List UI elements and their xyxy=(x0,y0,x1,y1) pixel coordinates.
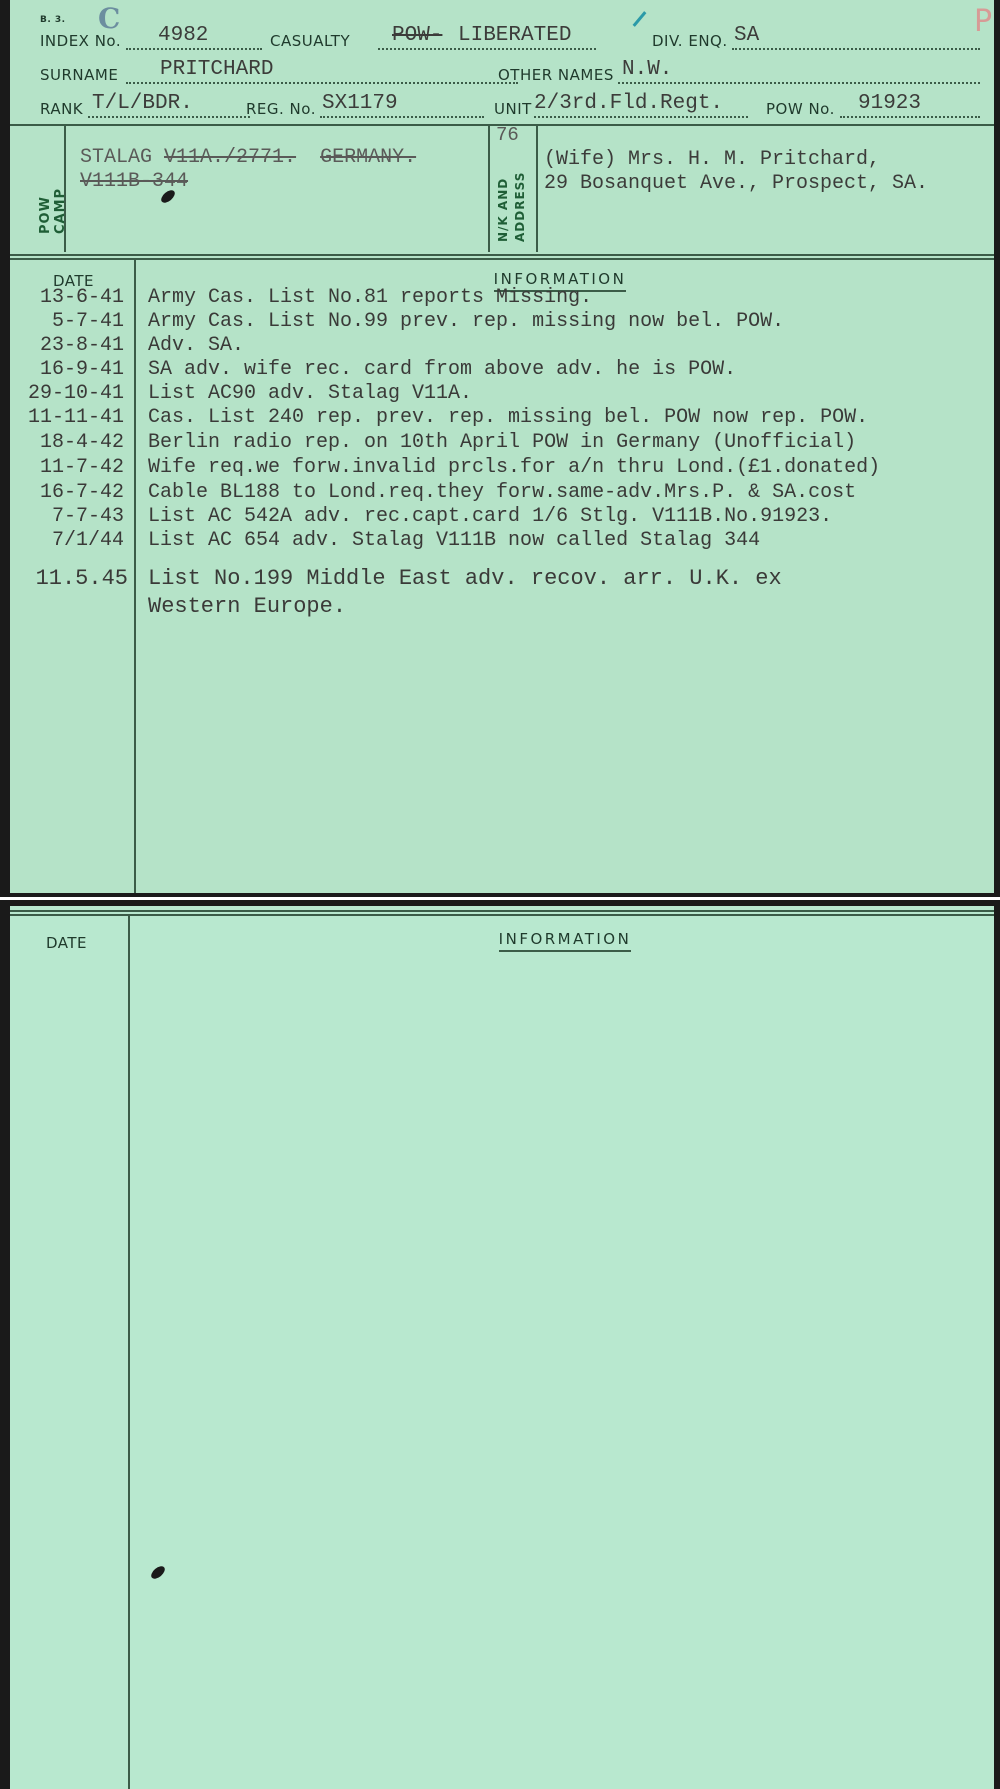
unit-label: UNIT xyxy=(494,100,532,118)
row-date: 16-7-42 xyxy=(10,481,124,504)
unit-value: 2/3rd.Fld.Regt. xyxy=(534,92,723,115)
surname-label: SURNAME xyxy=(40,66,118,84)
casualty-struck-value: POW- xyxy=(392,24,442,47)
index-no-label: INDEX No. xyxy=(40,32,121,50)
reg-no-value: SX1179 xyxy=(322,92,398,115)
kin-address-line-1: (Wife) Mrs. H. M. Pritchard, xyxy=(544,148,880,171)
camp-kin-divider xyxy=(488,126,490,252)
casualty-label: CASUALTY xyxy=(270,32,350,50)
kin-address-line-2: 29 Bosanquet Ave., Prospect, SA. xyxy=(544,172,928,195)
header-row-2: SURNAME PRITCHARD OTHER NAMES N.W. xyxy=(40,58,990,86)
header-row-3: RANK T/L/BDR. REG. No. SX1179 UNIT 2/3rd… xyxy=(40,92,990,120)
row-information: SA adv. wife rec. card from above adv. h… xyxy=(148,358,736,381)
pow-camp-line-1: STALAG V11A./2771. GERMANY. xyxy=(80,146,416,169)
div-enq-dots xyxy=(732,48,980,50)
divider-mid-1 xyxy=(10,254,994,256)
row-information-continued: Western Europe. xyxy=(148,594,346,619)
casualty-dots xyxy=(378,48,596,50)
row-information: Cable BL188 to Lond.req.they forw.same-a… xyxy=(148,481,856,504)
information-table: DATE INFORMATION 13-6-41Army Cas. List N… xyxy=(10,260,1000,897)
row-information: Army Cas. List No.99 prev. rep. missing … xyxy=(148,310,784,333)
kin-label-line-1: N/K AND xyxy=(496,154,510,242)
row-date: 5-7-41 xyxy=(10,310,124,333)
row-information: List AC90 adv. Stalag V11A. xyxy=(148,382,472,405)
reverse-information-column-header: INFORMATION xyxy=(499,930,632,952)
reverse-info-header-wrap: INFORMATION xyxy=(10,930,1000,949)
surname-value: PRITCHARD xyxy=(160,58,273,81)
row-information: List AC 654 adv. Stalag V111B now called… xyxy=(148,529,760,552)
header-row-1: INDEX No. 4982 CASUALTY POW- LIBERATED D… xyxy=(40,24,990,52)
row-information: List AC 542A adv. rec.capt.card 1/6 Stlg… xyxy=(148,505,832,528)
rank-value: T/L/BDR. xyxy=(92,92,193,115)
index-no-dots xyxy=(126,48,262,50)
row-date: 18-4-42 xyxy=(10,431,124,454)
row-date: 13-6-41 xyxy=(10,286,124,309)
reverse-date-column-divider xyxy=(128,916,130,1789)
camp-prefix: STALAG xyxy=(80,146,152,169)
other-names-label: OTHER NAMES xyxy=(498,66,614,84)
other-names-dots xyxy=(618,82,980,84)
camp-and-kin-section: POW CAMP STALAG V11A./2771. GERMANY. V11… xyxy=(10,126,1000,252)
row-date: 7/1/44 xyxy=(10,529,124,552)
row-information: Army Cas. List No.81 reports Missing. xyxy=(148,286,592,309)
casualty-card-reverse: DATE INFORMATION xyxy=(0,900,1000,1789)
row-information: Cas. List 240 rep. prev. rep. missing be… xyxy=(148,406,868,429)
unit-dots xyxy=(534,116,748,118)
row-information: Berlin radio rep. on 10th April POW in G… xyxy=(148,431,856,454)
div-enq-value: SA xyxy=(734,24,759,47)
casualty-card-front: C P B. 3. INDEX No. 4982 CASUALTY POW- L… xyxy=(0,0,1000,897)
row-date: 29-10-41 xyxy=(10,382,124,405)
camp-struck-2: GERMANY. xyxy=(320,146,416,169)
row-date: 11.5.45 xyxy=(10,566,128,591)
row-date: 16-9-41 xyxy=(10,358,124,381)
camp-struck-1: V11A./2771. xyxy=(164,146,296,169)
row-information: Adv. SA. xyxy=(148,334,244,357)
pow-no-label: POW No. xyxy=(766,100,835,118)
reg-no-dots xyxy=(320,116,484,118)
other-names-value: N.W. xyxy=(622,58,672,81)
reg-no-label: REG. No. xyxy=(246,100,316,118)
pow-no-dots xyxy=(840,116,980,118)
reverse-top-rule-2 xyxy=(10,914,994,916)
reverse-top-rule-1 xyxy=(10,910,994,912)
row-date: 11-7-42 xyxy=(10,456,124,479)
kin-label-line-2: ADDRESS xyxy=(513,154,527,242)
pow-no-value: 91923 xyxy=(858,92,921,115)
row-date: 7-7-43 xyxy=(10,505,124,528)
date-column-divider xyxy=(134,260,136,897)
div-enq-label: DIV. ENQ. xyxy=(652,32,728,50)
index-no-value: 4982 xyxy=(158,24,208,47)
kin-number: 76 xyxy=(496,124,519,146)
surname-dots xyxy=(126,82,518,84)
rank-dots xyxy=(88,116,250,118)
casualty-value: LIBERATED xyxy=(458,24,571,47)
row-date: 23-8-41 xyxy=(10,334,124,357)
row-information: List No.199 Middle East adv. recov. arr.… xyxy=(148,566,782,591)
kin-label-divider xyxy=(536,126,538,252)
row-date: 11-11-41 xyxy=(10,406,124,429)
rank-label: RANK xyxy=(40,100,83,118)
camp-label-divider xyxy=(64,126,66,252)
reverse-punch-hole xyxy=(149,1564,167,1581)
row-information: Wife req.we forw.invalid prcls.for a/n t… xyxy=(148,456,880,479)
